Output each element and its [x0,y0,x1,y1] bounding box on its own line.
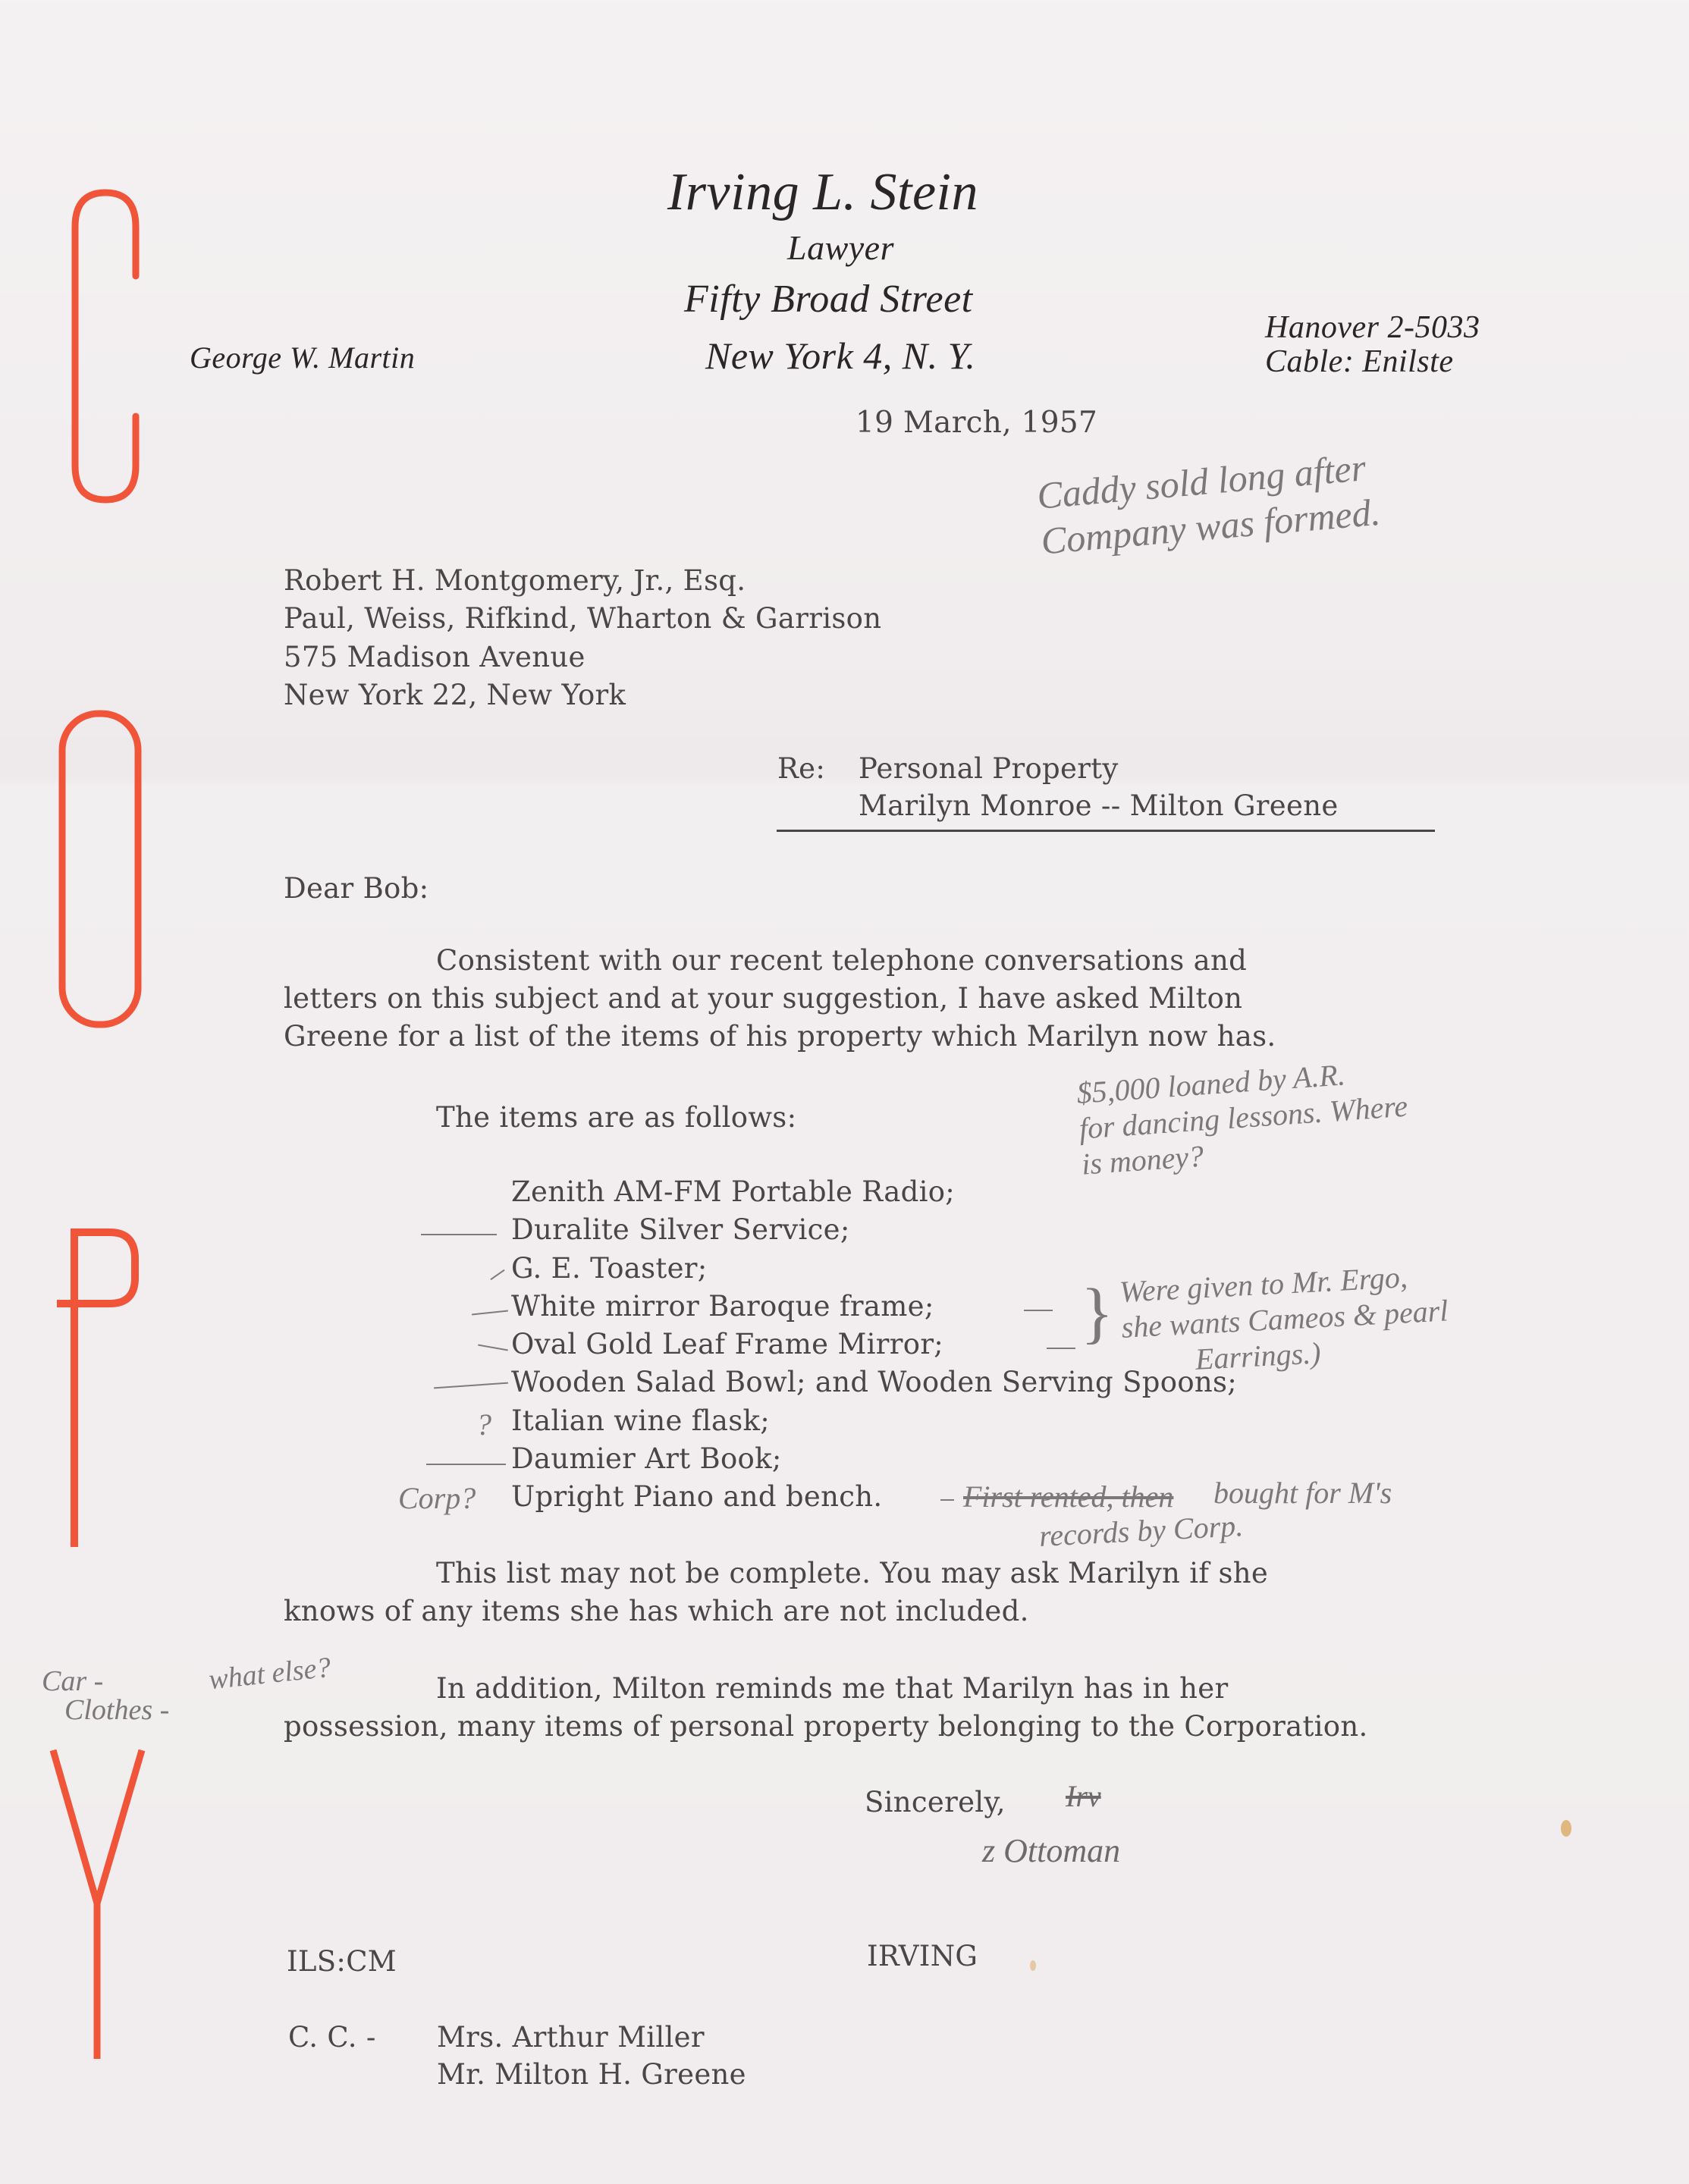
paragraph-line: This list may not be complete. You may a… [436,1557,1268,1589]
subject-line-2: Marilyn Monroe -- Milton Greene [859,789,1339,822]
copy-stamp-letter-c [64,185,147,507]
bracket-mark: } [1081,1274,1113,1352]
handwritten-note-mirrors: Were given to Mr. Ergo, she wants Cameos… [1119,1257,1451,1380]
struck-piano-note: First rented, then [963,1479,1173,1514]
pencil-dash-mark [940,1499,954,1501]
letter-date: 19 March, 1957 [855,406,1097,440]
cc-recipient: Mr. Milton H. Greene [437,2058,746,2091]
closing: Sincerely, [865,1786,1006,1818]
list-item: Oval Gold Leaf Frame Mirror; [511,1328,943,1360]
letterhead-phone: Hanover 2-5033 [1265,309,1480,346]
handwritten-note-margin: Car - Clothes - [42,1665,169,1727]
list-item: G. E. Toaster; [511,1252,708,1285]
copy-stamp-letter-y [47,1744,149,2063]
question-mark-annotation: ? [476,1407,491,1442]
piano-note-line-1: bought for M's [1213,1475,1392,1511]
list-item: Zenith AM-FM Portable Radio; [511,1175,955,1208]
pencil-tick-mark [421,1234,497,1235]
subject-line-1: Personal Property [859,752,1119,785]
handwritten-note-loan: $5,000 loaned by A.R. for dancing lesson… [1075,1053,1411,1182]
subject-underline [777,830,1435,832]
letterhead-associate: George W. Martin [190,340,415,375]
struck-signature: Irv [1066,1778,1101,1814]
paper-stain [1030,1960,1036,1971]
paragraph-line: Consistent with our recent telephone con… [436,944,1247,977]
paragraph-line: possession, many items of personal prope… [284,1710,1368,1743]
paragraph-line: Greene for a list of the items of his pr… [284,1020,1276,1053]
corp-question-annotation: Corp? [398,1480,476,1516]
items-intro: The items are as follows: [436,1101,796,1134]
letterhead-city: New York 4, N. Y. [705,334,975,378]
paragraph-line: letters on this subject and at your sugg… [284,982,1242,1015]
copy-stamp-letter-o [56,709,143,1031]
list-item: Daumier Art Book; [511,1442,782,1475]
salutation: Dear Bob: [284,872,429,905]
recipient-line: 575 Madison Avenue [284,641,585,673]
recipient-line: Paul, Weiss, Rifkind, Wharton & Garrison [284,602,881,635]
recipient-line: Robert H. Montgomery, Jr., Esq. [284,564,746,597]
list-item: White mirror Baroque frame; [511,1290,934,1323]
list-item: Italian wine flask; [511,1404,770,1437]
signer-name: IRVING [867,1940,978,1972]
letterhead-street: Fifty Broad Street [684,277,973,322]
paragraph-line: In addition, Milton reminds me that Mari… [436,1672,1228,1705]
letterhead-title: Lawyer [787,227,894,268]
list-item: Duralite Silver Service; [511,1213,850,1246]
pencil-dash-mark [1024,1310,1053,1311]
handwritten-signature: z Ottoman [982,1831,1120,1870]
handwritten-line: Clothes - [64,1693,169,1727]
pencil-dash-mark [1047,1348,1075,1349]
cc-recipient: Mrs. Arthur Miller [437,2021,705,2054]
paper-stain [1561,1820,1571,1837]
pencil-tick-mark [426,1464,506,1465]
copy-stamp-letter-p [53,1225,144,1551]
cc-label: C. C. - [288,2021,376,2054]
paragraph-line: knows of any items she has which are not… [284,1595,1029,1627]
letterhead-name: Irving L. Stein [667,162,978,223]
typist-initials: ILS:CM [287,1945,397,1978]
recipient-line: New York 22, New York [284,679,626,711]
subject-label: Re: [777,752,825,785]
letterhead-cable: Cable: Enilste [1265,344,1453,380]
list-item: Upright Piano and bench. [511,1480,882,1513]
